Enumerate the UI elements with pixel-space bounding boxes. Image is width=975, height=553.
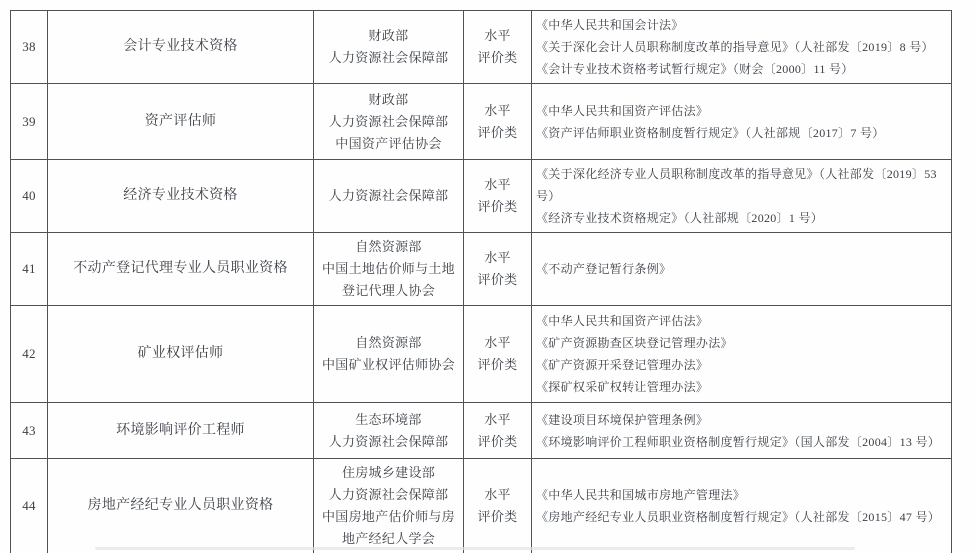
qualification-name: 会计专业技术资格: [52, 36, 309, 58]
page-edge-shadow: [95, 547, 855, 550]
row-number: 44: [15, 495, 43, 517]
table-row: 44房地产经纪专业人员职业资格住房城乡建设部人力资源社会保障部中国房地产估价师与…: [11, 459, 952, 553]
category-cell: 水平评价类: [464, 84, 532, 160]
table-row: 43环境影响评价工程师生态环境部人力资源社会保障部水平评价类《建设项目环境保护管…: [11, 403, 952, 459]
basis-line: 《资产评估师职业资格制度暂行规定》（人社部规〔2017〕7 号）: [536, 122, 947, 144]
basis-line: 《中华人民共和国资产评估法》: [536, 310, 947, 332]
basis-cell: 《中华人民共和国资产评估法》《资产评估师职业资格制度暂行规定》（人社部规〔201…: [532, 84, 952, 160]
qualification-name-cell: 会计专业技术资格: [48, 11, 314, 84]
basis-line: 《矿产资源开采登记管理办法》: [536, 354, 947, 376]
category-line: 水平: [468, 174, 527, 196]
department-line: 自然资源部: [318, 236, 459, 258]
row-number: 43: [15, 420, 43, 442]
category-cell: 水平评价类: [464, 459, 532, 553]
qualification-table: 38会计专业技术资格财政部人力资源社会保障部水平评价类《中华人民共和国会计法》《…: [10, 10, 952, 553]
qualification-name-cell: 矿业权评估师: [48, 306, 314, 403]
row-number-cell: 41: [11, 233, 48, 306]
category-line: 水平: [468, 484, 527, 506]
row-number-cell: 43: [11, 403, 48, 459]
basis-line: 《房地产经纪专业人员职业资格制度暂行规定》（人社部发〔2015〕47 号）: [536, 506, 947, 528]
department-cell: 自然资源部中国土地估价师与土地登记代理人协会: [314, 233, 464, 306]
category-line: 水平: [468, 332, 527, 354]
department-line: 中国资产评估协会: [318, 133, 459, 155]
department-cell: 生态环境部人力资源社会保障部: [314, 403, 464, 459]
qualification-name-cell: 经济专业技术资格: [48, 160, 314, 233]
department-line: 人力资源社会保障部: [318, 185, 459, 207]
category-line: 评价类: [468, 196, 527, 218]
table-row: 42矿业权评估师自然资源部中国矿业权评估师协会水平评价类《中华人民共和国资产评估…: [11, 306, 952, 403]
department-cell: 财政部人力资源社会保障部: [314, 11, 464, 84]
category-cell: 水平评价类: [464, 233, 532, 306]
qualification-name-cell: 不动产登记代理专业人员职业资格: [48, 233, 314, 306]
department-cell: 人力资源社会保障部: [314, 160, 464, 233]
category-cell: 水平评价类: [464, 403, 532, 459]
basis-line: 《不动产登记暂行条例》: [536, 258, 947, 280]
category-line: 评价类: [468, 269, 527, 291]
qualification-name: 矿业权评估师: [52, 343, 309, 365]
basis-line: 《中华人民共和国会计法》: [536, 14, 947, 36]
department-line: 人力资源社会保障部: [318, 431, 459, 453]
department-line: 中国房地产估价师与房地产经纪人学会: [318, 506, 459, 550]
basis-line: 《中华人民共和国资产评估法》: [536, 100, 947, 122]
document-page: 38会计专业技术资格财政部人力资源社会保障部水平评价类《中华人民共和国会计法》《…: [0, 0, 975, 553]
basis-line: 《环境影响评价工程师职业资格制度暂行规定》（国人部发〔2004〕13 号）: [536, 431, 947, 453]
row-number: 40: [15, 185, 43, 207]
department-line: 财政部: [318, 89, 459, 111]
department-cell: 自然资源部中国矿业权评估师协会: [314, 306, 464, 403]
basis-cell: 《中华人民共和国城市房地产管理法》《房地产经纪专业人员职业资格制度暂行规定》（人…: [532, 459, 952, 553]
department-line: 中国矿业权评估师协会: [318, 354, 459, 376]
qualification-name-cell: 资产评估师: [48, 84, 314, 160]
qualification-name: 资产评估师: [52, 111, 309, 133]
row-number-cell: 44: [11, 459, 48, 553]
department-line: 自然资源部: [318, 332, 459, 354]
row-number: 42: [15, 343, 43, 365]
qualification-name: 经济专业技术资格: [52, 185, 309, 207]
qualification-name-cell: 房地产经纪专业人员职业资格: [48, 459, 314, 553]
category-line: 评价类: [468, 354, 527, 376]
category-cell: 水平评价类: [464, 11, 532, 84]
row-number: 39: [15, 111, 43, 133]
basis-cell: 《中华人民共和国会计法》《关于深化会计人员职称制度改革的指导意见》（人社部发〔2…: [532, 11, 952, 84]
category-cell: 水平评价类: [464, 306, 532, 403]
basis-line: 《探矿权采矿权转让管理办法》: [536, 376, 947, 398]
basis-line: 《会计专业技术资格考试暂行规定》（财会〔2000〕11 号）: [536, 58, 947, 80]
department-line: 人力资源社会保障部: [318, 47, 459, 69]
basis-line: 《经济专业技术资格规定》（人社部规〔2020〕1 号）: [536, 207, 947, 229]
department-cell: 住房城乡建设部人力资源社会保障部中国房地产估价师与房地产经纪人学会: [314, 459, 464, 553]
basis-line: 《关于深化会计人员职称制度改革的指导意见》（人社部发〔2019〕8 号）: [536, 36, 947, 58]
category-cell: 水平评价类: [464, 160, 532, 233]
category-line: 水平: [468, 247, 527, 269]
basis-line: 《关于深化经济专业人员职称制度改革的指导意见》（人社部发〔2019〕53 号）: [536, 163, 947, 207]
basis-line: 《建设项目环境保护管理条例》: [536, 409, 947, 431]
basis-line: 《矿产资源勘查区块登记管理办法》: [536, 332, 947, 354]
department-line: 生态环境部: [318, 409, 459, 431]
qualification-name: 环境影响评价工程师: [52, 420, 309, 442]
department-line: 人力资源社会保障部: [318, 484, 459, 506]
department-line: 财政部: [318, 25, 459, 47]
table-row: 39资产评估师财政部人力资源社会保障部中国资产评估协会水平评价类《中华人民共和国…: [11, 84, 952, 160]
qualification-name-cell: 环境影响评价工程师: [48, 403, 314, 459]
basis-cell: 《中华人民共和国资产评估法》《矿产资源勘查区块登记管理办法》《矿产资源开采登记管…: [532, 306, 952, 403]
category-line: 水平: [468, 100, 527, 122]
category-line: 评价类: [468, 431, 527, 453]
basis-cell: 《不动产登记暂行条例》: [532, 233, 952, 306]
row-number-cell: 40: [11, 160, 48, 233]
basis-cell: 《关于深化经济专业人员职称制度改革的指导意见》（人社部发〔2019〕53 号）《…: [532, 160, 952, 233]
category-line: 水平: [468, 25, 527, 47]
qualification-name: 房地产经纪专业人员职业资格: [52, 495, 309, 517]
table-row: 41不动产登记代理专业人员职业资格自然资源部中国土地估价师与土地登记代理人协会水…: [11, 233, 952, 306]
qualification-name: 不动产登记代理专业人员职业资格: [52, 258, 309, 280]
category-line: 评价类: [468, 122, 527, 144]
category-line: 评价类: [468, 506, 527, 528]
table-row: 38会计专业技术资格财政部人力资源社会保障部水平评价类《中华人民共和国会计法》《…: [11, 11, 952, 84]
department-line: 中国土地估价师与土地登记代理人协会: [318, 258, 459, 302]
department-line: 人力资源社会保障部: [318, 111, 459, 133]
category-line: 水平: [468, 409, 527, 431]
row-number-cell: 38: [11, 11, 48, 84]
table-row: 40经济专业技术资格人力资源社会保障部水平评价类《关于深化经济专业人员职称制度改…: [11, 160, 952, 233]
basis-line: 《中华人民共和国城市房地产管理法》: [536, 484, 947, 506]
row-number: 38: [15, 36, 43, 58]
department-cell: 财政部人力资源社会保障部中国资产评估协会: [314, 84, 464, 160]
basis-cell: 《建设项目环境保护管理条例》《环境影响评价工程师职业资格制度暂行规定》（国人部发…: [532, 403, 952, 459]
row-number-cell: 42: [11, 306, 48, 403]
department-line: 住房城乡建设部: [318, 462, 459, 484]
row-number: 41: [15, 258, 43, 280]
category-line: 评价类: [468, 47, 527, 69]
qualification-table-body: 38会计专业技术资格财政部人力资源社会保障部水平评价类《中华人民共和国会计法》《…: [11, 11, 952, 553]
row-number-cell: 39: [11, 84, 48, 160]
